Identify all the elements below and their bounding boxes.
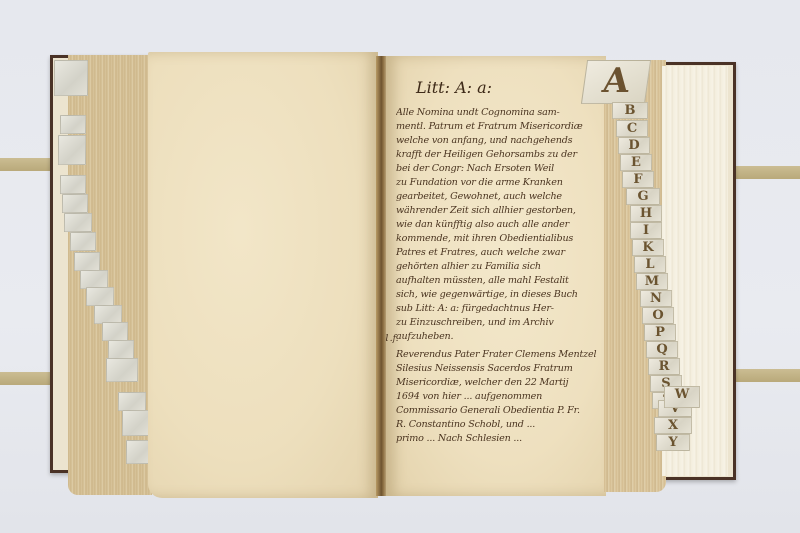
right-page-manuscript: Litt: A: a: Alle Nomina undt Cognomina s… xyxy=(386,56,606,496)
left-page-blank xyxy=(148,52,378,498)
index-tab-W[interactable]: W xyxy=(664,386,700,408)
entry-line: Misericordiæ, welcher den 22 Martij xyxy=(396,376,600,390)
index-tab-P[interactable]: P xyxy=(644,324,676,341)
text-line: mentl. Patrum et Fratrum Misericordiæ xyxy=(396,120,600,134)
index-tab-H[interactable]: H xyxy=(630,205,662,222)
index-tab-K[interactable]: K xyxy=(632,239,664,256)
text-line: aufhalten müssten, alle mahl Festalit xyxy=(396,274,600,288)
index-tab-B[interactable]: B xyxy=(612,102,648,119)
text-line: währender Zeit sich allhier gestorben, xyxy=(396,204,600,218)
index-tab-I[interactable]: I xyxy=(630,222,662,239)
text-line: krafft der Heiligen Gehorsambs zu der xyxy=(396,148,600,162)
index-tab-G[interactable]: G xyxy=(626,188,660,205)
index-tab-M[interactable]: M xyxy=(636,273,668,290)
text-line: wie dan künfftig also auch alle ander xyxy=(396,218,600,232)
text-line: zu Fundation vor die arme Kranken xyxy=(396,176,600,190)
text-line: gearbeitet, Gewohnet, auch welche xyxy=(396,190,600,204)
index-tab-X[interactable]: X xyxy=(654,417,692,434)
index-tab-A[interactable]: A xyxy=(581,60,651,104)
text-line: Patres et Fratres, auch welche zwar xyxy=(396,246,600,260)
entry-line: Reverendus Pater Frater Clemens Mentzel xyxy=(396,348,600,362)
entry-line: 1694 von hier ... aufgenommen xyxy=(396,390,600,404)
text-line: gehörten alhier zu Familia sich xyxy=(396,260,600,274)
index-tab-N[interactable]: N xyxy=(640,290,672,307)
text-line: aufzuheben. xyxy=(396,330,600,344)
text-line: welche von anfang, und nachgehends xyxy=(396,134,600,148)
index-tab-Q[interactable]: Q xyxy=(646,341,678,358)
strap-right-bottom xyxy=(728,369,800,382)
entry-line: Silesius Neissensis Sacerdos Fratrum xyxy=(396,362,600,376)
text-line: bei der Congr: Nach Ersoten Weil xyxy=(396,162,600,176)
text-line: kommende, mit ihren Obedientialibus xyxy=(396,232,600,246)
index-tab-O[interactable]: O xyxy=(642,307,674,324)
margin-note: 1.f. xyxy=(386,334,398,344)
index-tab-L[interactable]: L xyxy=(634,256,666,273)
index-tab-Y[interactable]: Y xyxy=(656,434,690,451)
text-line: sich, wie gegenwärtige, in dieses Buch xyxy=(396,288,600,302)
entry-line: primo ... Nach Schlesien ... xyxy=(396,432,600,446)
text-line: Alle Nomina undt Cognomina sam- xyxy=(396,106,600,120)
entry-line: R. Constantino Schobl, und ... xyxy=(396,418,600,432)
page-heading: Litt: A: a: xyxy=(416,78,492,97)
index-tab-D[interactable]: D xyxy=(618,137,650,154)
entry-line: Commissario Generali Obedientia P. Fr. xyxy=(396,404,600,418)
index-tab-E[interactable]: E xyxy=(620,154,652,171)
index-tab-R[interactable]: R xyxy=(648,358,680,375)
index-tab-C[interactable]: C xyxy=(616,120,648,137)
strap-right-top xyxy=(728,166,800,179)
index-tab-F[interactable]: F xyxy=(622,171,654,188)
text-line: zu Einzuschreiben, und im Archiv xyxy=(396,316,600,330)
text-line: sub Litt: A: a: fürgedachtnus Her- xyxy=(396,302,600,316)
